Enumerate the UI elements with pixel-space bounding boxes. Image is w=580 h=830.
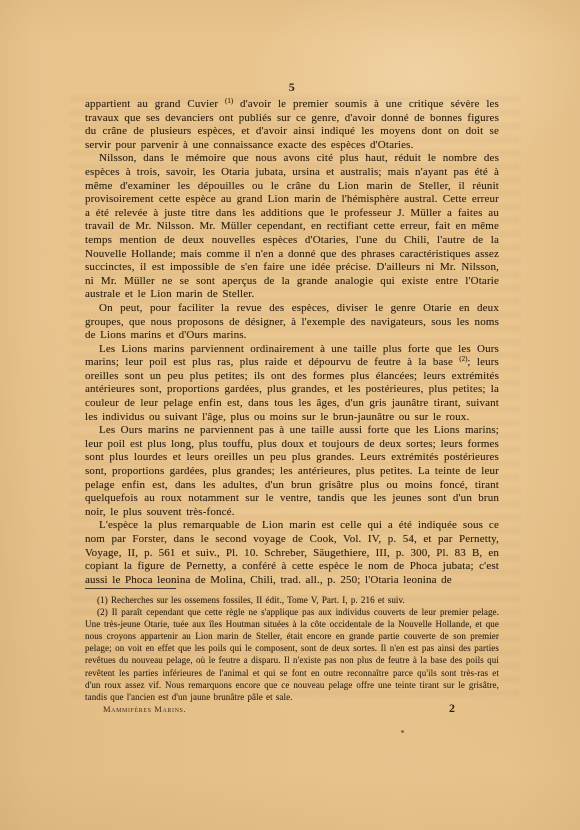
footnote-reference-1: (1) xyxy=(225,97,233,105)
paragraph-text: Les Lions marins parviennent ordinaireme… xyxy=(85,343,499,369)
paragraph-ours-marins: Les Ours marins ne parviennent pas à une… xyxy=(85,424,499,519)
main-text-block: appartient au grand Cuvier (1) d'avoir l… xyxy=(85,98,499,587)
footnote-1: (1) Recherches sur les ossemens fossiles… xyxy=(85,594,499,606)
page-footer: Mammifères Marins. 2 xyxy=(85,701,499,716)
book-page: 5 appartient au grand Cuvier (1) d'avoir… xyxy=(0,0,580,830)
paragraph-espece-remarquable: L'espèce la plus remarquable de Lion mar… xyxy=(85,519,499,587)
footnote-2: (2) Il paraît cependant que cette règle … xyxy=(85,606,499,703)
paragraph-two-groups: On peut, pour faciliter la revue des esp… xyxy=(85,302,499,343)
paragraph-continuation: appartient au grand Cuvier (1) d'avoir l… xyxy=(85,98,499,152)
paragraph-lions-marins: Les Lions marins parviennent ordinaireme… xyxy=(85,343,499,425)
paper-speck xyxy=(401,730,404,733)
running-title: Mammifères Marins. xyxy=(103,704,186,714)
sheet-signature-number: 2 xyxy=(449,701,455,716)
footnote-separator xyxy=(85,588,176,589)
paragraph-text: appartient au grand Cuvier xyxy=(85,98,225,110)
footnotes-block: (1) Recherches sur les ossemens fossiles… xyxy=(85,594,499,703)
paragraph-nilsson: Nilsson, dans le mémoire que nous avons … xyxy=(85,152,499,302)
page-number: 5 xyxy=(85,80,499,95)
